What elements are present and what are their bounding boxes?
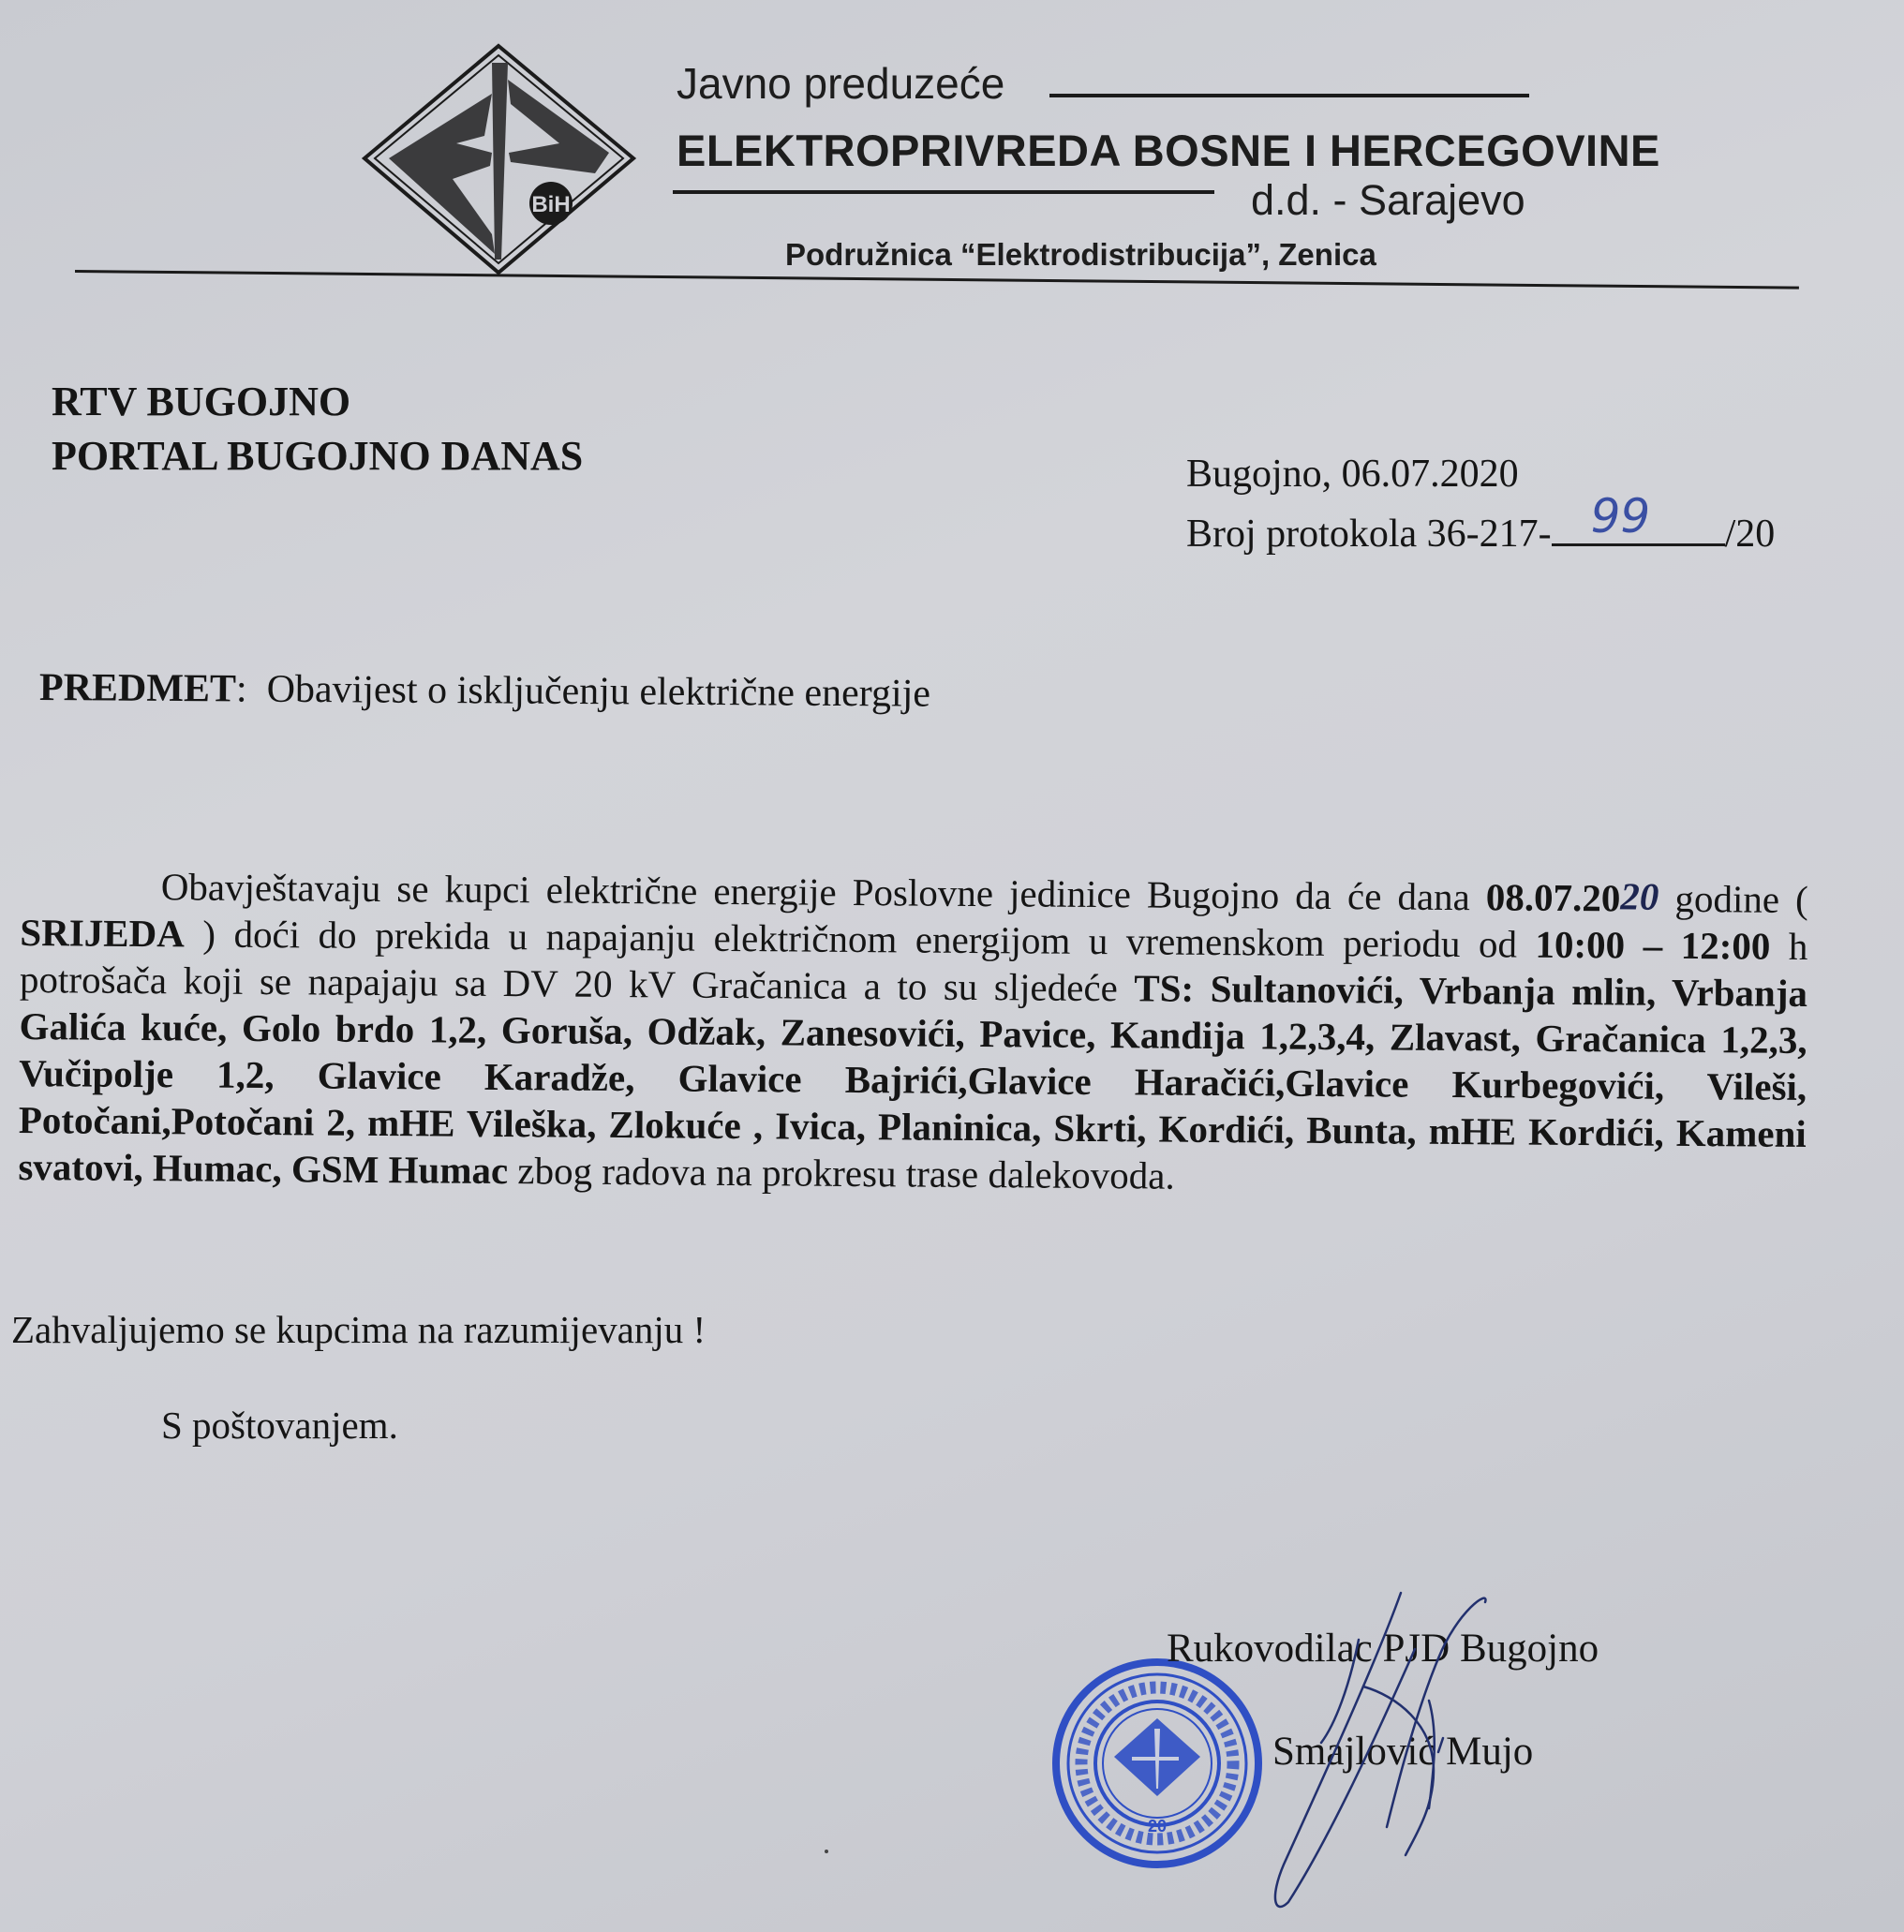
svg-text:20: 20 bbox=[1148, 1817, 1167, 1835]
protocol-suffix: /20 bbox=[1725, 513, 1776, 556]
outage-reason: zbog radova na prokresu trase dalekovoda… bbox=[517, 1149, 1175, 1197]
outage-date: 08.07.201920 bbox=[1486, 875, 1659, 919]
outage-time-range: 10:00 – 12:00 bbox=[1535, 923, 1770, 968]
subject-line: PREDMET: Obavijest o isključenju elektri… bbox=[39, 665, 930, 717]
corrected-year: 1920 bbox=[1620, 876, 1659, 919]
body-text: godine ( bbox=[1674, 877, 1808, 921]
regards-line: S poštovanjem. bbox=[161, 1403, 398, 1448]
letterhead-prefix: Javno preduzeće bbox=[677, 58, 1004, 109]
protocol-blank: 99 bbox=[1552, 502, 1725, 546]
letterhead-rule bbox=[1049, 94, 1529, 97]
company-suffix: d.d. - Sarajevo bbox=[1251, 176, 1525, 225]
outage-weekday: SRIJEDA bbox=[20, 911, 185, 955]
notice-body: Obavještavaju se kupci električne energi… bbox=[18, 862, 1808, 1204]
company-name: ELEKTROPRIVREDA BOSNE I HERCEGOVINE bbox=[677, 125, 1660, 176]
company-logo: BiH bbox=[361, 42, 637, 276]
body-text: ) doći do prekida u napajanju električno… bbox=[202, 913, 1517, 966]
paper-speck bbox=[825, 1850, 828, 1853]
recipient-line: PORTAL BUGOJNO DANAS bbox=[52, 432, 583, 480]
svg-text:BiH: BiH bbox=[531, 192, 570, 217]
protocol-number: Broj protokola 36-217-99/20 bbox=[1186, 502, 1775, 557]
body-intro: Obavještavaju se kupci električne energi… bbox=[161, 865, 1470, 918]
thanks-line: Zahvaljujemo se kupcima na razumijevanju… bbox=[11, 1307, 706, 1352]
protocol-prefix: Broj protokola 36-217- bbox=[1186, 513, 1552, 556]
recipient-line: RTV BUGOJNO bbox=[52, 378, 350, 425]
subject-label: PREDMET bbox=[39, 666, 236, 710]
header-divider bbox=[75, 270, 1799, 290]
official-stamp: 20 bbox=[1048, 1656, 1267, 1871]
handwritten-protocol-number: 99 bbox=[1591, 489, 1651, 543]
subject-text: Obavijest o isključenju električne energ… bbox=[267, 668, 931, 716]
branch-name: Podružnica “Elektrodistribucija”, Zenica bbox=[785, 237, 1376, 273]
subject-separator: : bbox=[236, 667, 247, 710]
handwritten-signature bbox=[1246, 1583, 1593, 1930]
handwritten-year-correction: 20 bbox=[1620, 872, 1659, 919]
ts-label: TS: bbox=[1134, 966, 1194, 1009]
place-date: Bugojno, 06.07.2020 bbox=[1186, 452, 1519, 497]
letterhead-rule bbox=[673, 190, 1214, 194]
